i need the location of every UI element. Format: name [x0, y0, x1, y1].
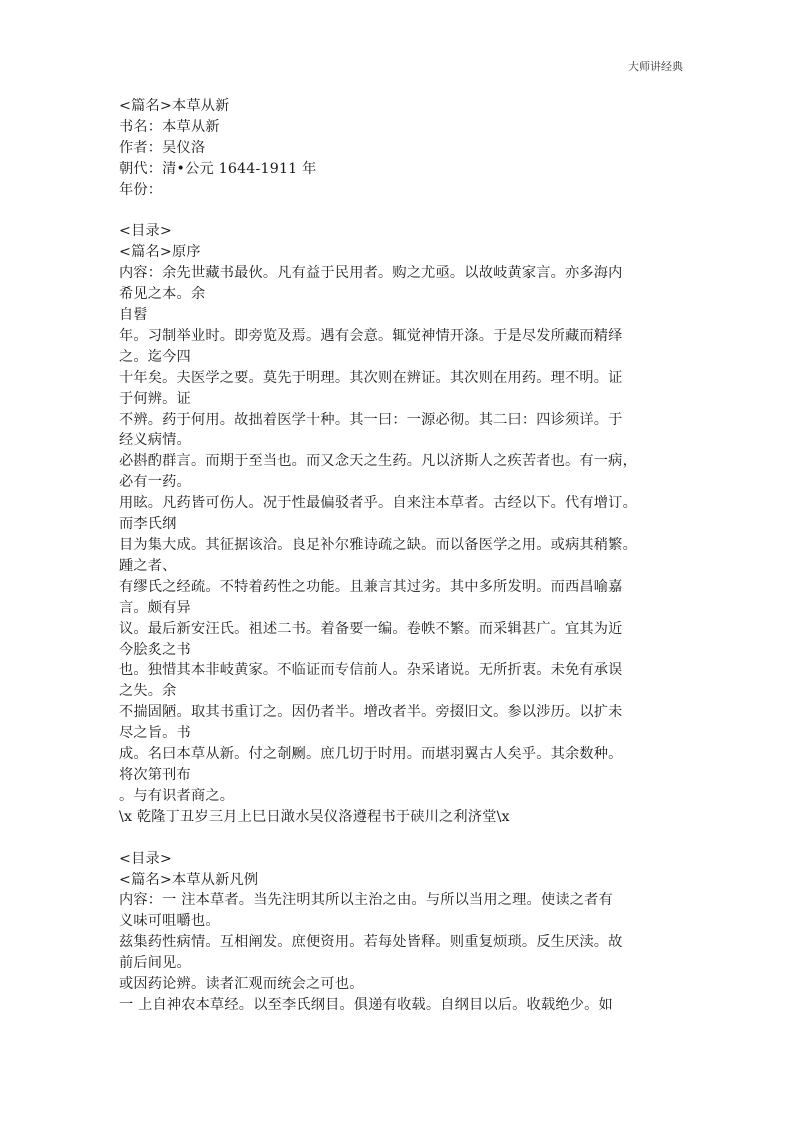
spacer — [119, 828, 689, 849]
text-line: 言。颇有异 — [119, 598, 689, 619]
toc-tag: <目录> — [119, 221, 689, 242]
text-line: 一 上自神农本草经。以至李氏纲目。俱递有收载。自纲目以后。收载绝少。如 — [119, 995, 689, 1016]
year: 年份： — [119, 180, 689, 201]
section-title: <篇名>原序 — [119, 242, 689, 263]
text-line: 有缪氏之经疏。不特着药性之功能。且兼言其过劣。其中多所发明。而西昌喻嘉 — [119, 577, 689, 598]
text-line: 必有一药。 — [119, 472, 689, 493]
text-line: 年。习制举业时。即旁览及焉。遇有会意。辄觉神情开涤。于是尽发所藏而精绎 — [119, 326, 689, 347]
text-line: 今脍炙之书 — [119, 640, 689, 661]
text-line: 议。最后新安汪氏。祖述二书。着备要一编。卷帙不繁。而采辑甚广。宜其为近 — [119, 619, 689, 640]
text-line: 。与有识者商之。 — [119, 786, 689, 807]
document-body: <篇名>本草从新 书名：本草从新 作者：吴仪洛 朝代：清•公元 1644-191… — [119, 96, 689, 1016]
text-line: 或因药论辨。读者汇观而统会之可也。 — [119, 974, 689, 995]
text-line: 成。名曰本草从新。付之剞劂。庶几切于时用。而堪羽翼古人矣乎。其余数种。 — [119, 744, 689, 765]
toc-tag: <目录> — [119, 849, 689, 870]
text-line: 必斟酌群言。而期于至当也。而又念天之生药。凡以济斯人之疾苦者也。有一病， — [119, 451, 689, 472]
text-line: 将次第刊布 — [119, 765, 689, 786]
page-header: 大师讲经典 — [628, 58, 683, 74]
text-line: 目为集大成。其征据该洽。良足补尔雅诗疏之缺。而以备医学之用。或病其稍繁。 — [119, 535, 689, 556]
text-line: 不辨。药于何用。故拙着医学十种。其一曰：一源必彻。其二曰：四诊须详。于 — [119, 410, 689, 431]
text-line: 义味可咀嚼也。 — [119, 911, 689, 932]
text-line: 前后间见。 — [119, 953, 689, 974]
text-line: 希见之本。余 — [119, 284, 689, 305]
book-name: 书名：本草从新 — [119, 117, 689, 138]
text-line: 兹集药性病情。互相阐发。庶便资用。若每处皆释。则重复烦琐。反生厌渎。故 — [119, 932, 689, 953]
site-name: 大师讲经典 — [628, 60, 683, 73]
text-line: 内容：余先世藏书最伙。凡有益于民用者。购之尤亟。以故岐黄家言。亦多海内 — [119, 263, 689, 284]
text-line: 之。迄今四 — [119, 347, 689, 368]
text-line: 内容：一 注本草者。当先注明其所以主治之由。与所以当用之理。使读之者有 — [119, 890, 689, 911]
text-line: 也。独惜其本非岐黄家。不临证而专信前人。杂采诸说。无所折衷。未免有承误 — [119, 660, 689, 681]
text-line: 尽之旨。书 — [119, 723, 689, 744]
text-line: 而李氏纲 — [119, 514, 689, 535]
text-line: 之失。余 — [119, 681, 689, 702]
text-line: 自髫 — [119, 305, 689, 326]
text-line: 经义病情。 — [119, 430, 689, 451]
spacer — [119, 201, 689, 222]
text-line: 踵之者、 — [119, 556, 689, 577]
section-fanli: <目录> <篇名>本草从新凡例 内容：一 注本草者。当先注明其所以主治之由。与所… — [119, 849, 689, 1016]
text-line: 十年矣。夫医学之要。莫先于明理。其次则在辨证。其次则在用药。理不明。证 — [119, 368, 689, 389]
section-preface: <目录> <篇名>原序 内容：余先世藏书最伙。凡有益于民用者。购之尤亟。以故岐黄… — [119, 221, 689, 827]
text-line: 不揣固陋。取其书重订之。因仍者半。增改者半。旁掇旧文。参以涉历。以扩未 — [119, 702, 689, 723]
author: 作者：吴仪洛 — [119, 138, 689, 159]
chapter-tag: <篇名>本草从新 — [119, 96, 689, 117]
dynasty: 朝代：清•公元 1644-1911 年 — [119, 159, 689, 180]
text-line: 用眩。凡药皆可伤人。况于性最偏驳者乎。自来注本草者。古经以下。代有增订。 — [119, 493, 689, 514]
text-line: 于何辨。证 — [119, 389, 689, 410]
signature-line: \x 乾隆丁丑岁三月上巳日澉水吴仪洛遵程书于硖川之利济堂\x — [119, 807, 689, 828]
section-title: <篇名>本草从新凡例 — [119, 870, 689, 891]
